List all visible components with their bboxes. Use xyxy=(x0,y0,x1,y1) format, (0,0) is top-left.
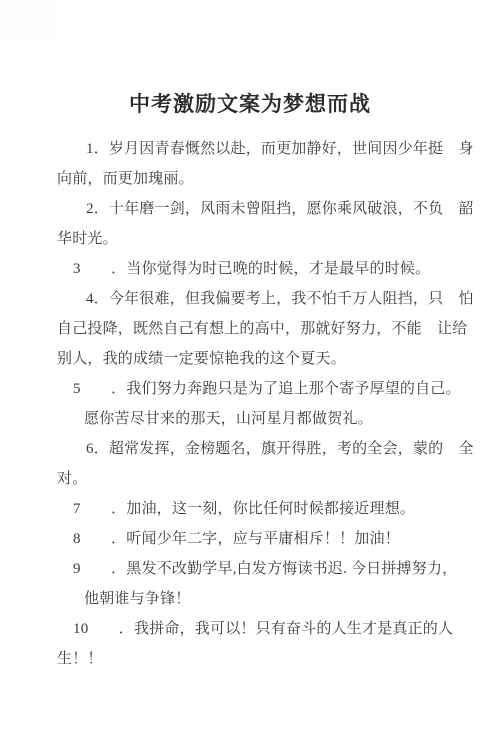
quote-line: 自己投降，既然自己有想上的高中，那就好努力，不能 让给 xyxy=(57,314,449,344)
quote-item-1: 1．岁月因青春慨然以赴，而更加静好，世间因少年挺 身 向前，而更加瑰丽。 xyxy=(57,134,449,194)
quote-item-9: 9 ．黑发不改勤学早,白发方悔读书迟. 今日拼搏努力， 他朝谁与争锋！ xyxy=(57,554,449,614)
document-page: 中考激励文案为梦想而战 1．岁月因青春慨然以赴，而更加静好，世间因少年挺 身 向… xyxy=(0,0,500,739)
quote-line: 6．超常发挥，金榜题名，旗开得胜，考的全会，蒙的 全 xyxy=(57,434,449,464)
quote-line: 对。 xyxy=(57,464,449,494)
quote-item-10: 10 ．我拼命，我可以！只有奋斗的人生才是真正的人 生！！ xyxy=(57,614,449,674)
quote-line: 别人，我的成绩一定要惊艳我的这个夏天。 xyxy=(57,344,449,374)
quote-line: 8 ．听闻少年二字，应与平庸相斥！！加油！ xyxy=(57,524,449,554)
quote-item-4: 4．今年很难，但我偏要考上，我不怕千万人阻挡，只 怕 自己投降，既然自己有想上的… xyxy=(57,284,449,374)
quote-line: 3 ．当你觉得为时已晚的时候，才是最早的时候。 xyxy=(57,254,449,284)
document-body: 1．岁月因青春慨然以赴，而更加静好，世间因少年挺 身 向前，而更加瑰丽。 2．十… xyxy=(57,134,449,674)
quote-line: 向前，而更加瑰丽。 xyxy=(57,164,449,194)
quote-line: 9 ．黑发不改勤学早,白发方悔读书迟. 今日拼搏努力， xyxy=(57,554,449,584)
quote-line: 5 ．我们努力奔跑只是为了追上那个寄予厚望的自己。 xyxy=(57,374,449,404)
quote-item-5: 5 ．我们努力奔跑只是为了追上那个寄予厚望的自己。 愿你苦尽甘来的那天，山河星月… xyxy=(57,374,449,434)
quote-line: 愿你苦尽甘来的那天，山河星月都做贺礼。 xyxy=(57,404,449,434)
quote-item-2: 2．十年磨一剑，风雨未曾阻挡，愿你乘风破浪，不负 韶 华时光。 xyxy=(57,194,449,254)
document-title: 中考激励文案为梦想而战 xyxy=(0,88,500,120)
quote-line: 他朝谁与争锋！ xyxy=(57,584,449,614)
quote-item-6: 6．超常发挥，金榜题名，旗开得胜，考的全会，蒙的 全 对。 xyxy=(57,434,449,494)
quote-line: 10 ．我拼命，我可以！只有奋斗的人生才是真正的人 xyxy=(57,614,449,644)
quote-item-8: 8 ．听闻少年二字，应与平庸相斥！！加油！ xyxy=(57,524,449,554)
quote-line: 生！！ xyxy=(57,644,449,674)
page-corner-shade xyxy=(0,0,55,42)
quote-line: 华时光。 xyxy=(57,224,449,254)
quote-line: 7 ．加油，这一刻，你比任何时候都接近理想。 xyxy=(57,494,449,524)
quote-line: 4．今年很难，但我偏要考上，我不怕千万人阻挡，只 怕 xyxy=(57,284,449,314)
quote-item-3: 3 ．当你觉得为时已晚的时候，才是最早的时候。 xyxy=(57,254,449,284)
quote-item-7: 7 ．加油，这一刻，你比任何时候都接近理想。 xyxy=(57,494,449,524)
quote-line: 2．十年磨一剑，风雨未曾阻挡，愿你乘风破浪，不负 韶 xyxy=(57,194,449,224)
quote-line: 1．岁月因青春慨然以赴，而更加静好，世间因少年挺 身 xyxy=(57,134,449,164)
